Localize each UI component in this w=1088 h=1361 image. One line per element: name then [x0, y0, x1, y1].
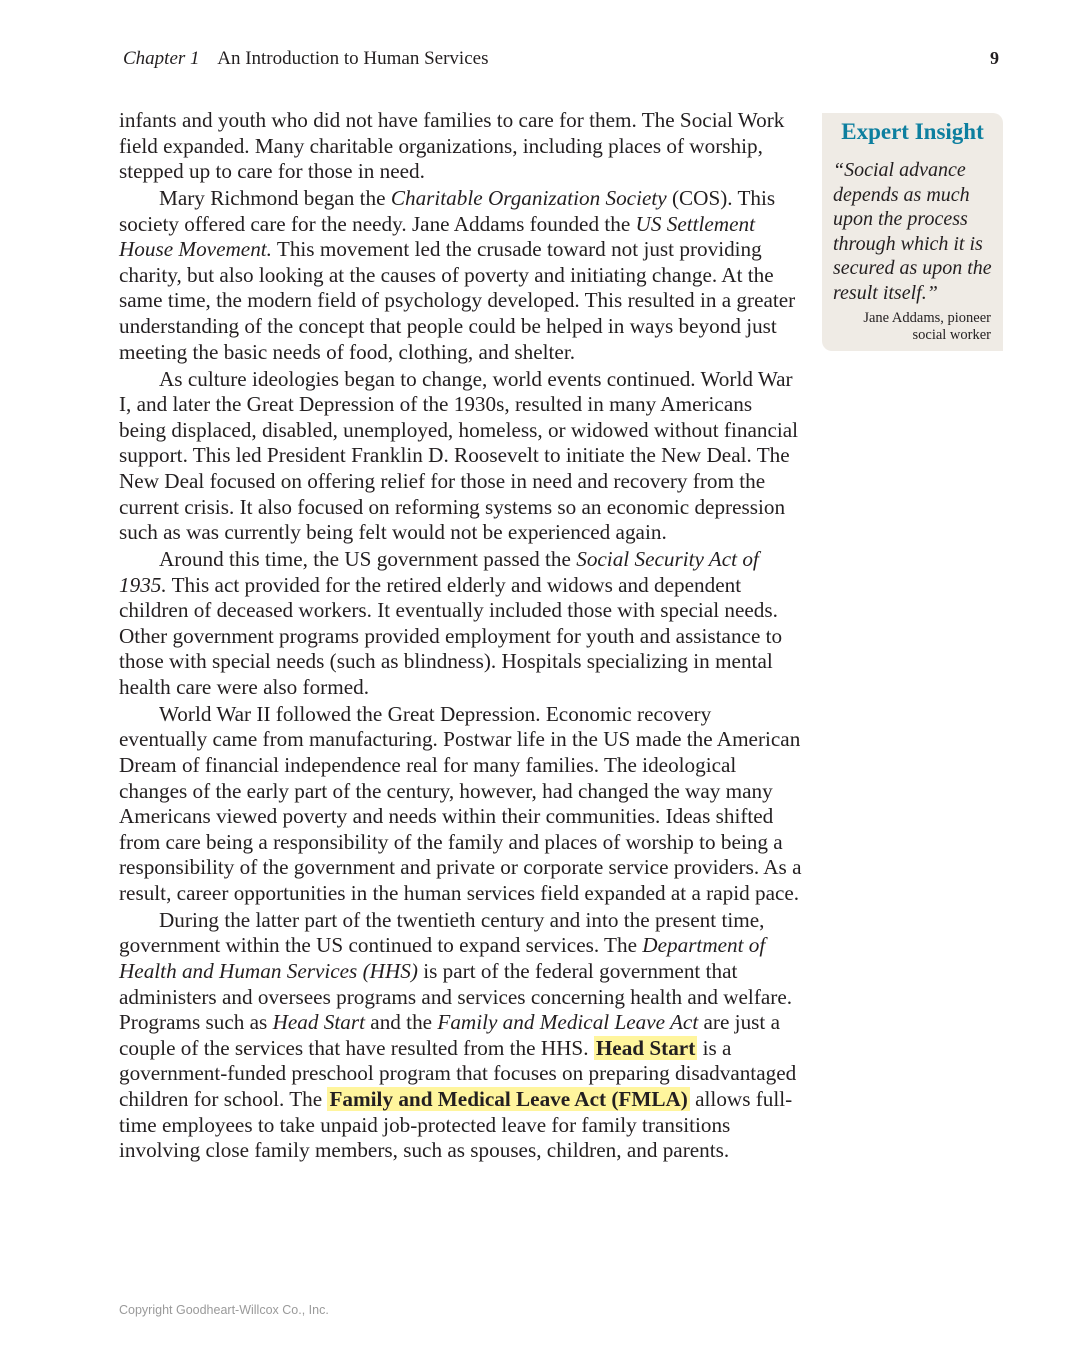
text-run: This act provided for the retired elderl…: [119, 573, 782, 699]
chapter-title: An Introduction to Human Services: [217, 48, 488, 69]
attribution-name: Jane Addams, pioneer: [831, 310, 991, 327]
paragraph-6: During the latter part of the twentieth …: [119, 908, 803, 1164]
text-run: and the: [365, 1010, 437, 1034]
italic-term-fmla: Family and Medical Leave Act: [437, 1010, 698, 1034]
italic-term-cos: Charitable Organization Society: [391, 186, 667, 210]
text-run: Mary Richmond began the: [159, 186, 391, 210]
key-term-head-start[interactable]: Head Start: [594, 1036, 697, 1060]
running-head: Chapter 1 An Introduction to Human Servi…: [123, 48, 488, 70]
text-run: Around this time, the US government pass…: [159, 547, 576, 571]
paragraph-5: World War II followed the Great Depressi…: [119, 702, 803, 907]
paragraph-2: Mary Richmond began the Charitable Organ…: [119, 186, 803, 365]
sidebar-attribution: Jane Addams, pioneer social worker: [831, 310, 991, 344]
paragraph-4: Around this time, the US government pass…: [119, 547, 803, 701]
paragraph-3: As culture ideologies began to change, w…: [119, 367, 803, 546]
italic-term-head-start: Head Start: [273, 1010, 365, 1034]
copyright-footer: Copyright Goodheart-Willcox Co., Inc.: [119, 1303, 329, 1317]
sidebar-title: Expert Insight: [822, 119, 1003, 145]
sidebar-quote: “Social advance depends as much upon the…: [833, 158, 1001, 305]
attribution-role: social worker: [831, 327, 991, 344]
main-text-column: infants and youth who did not have famil…: [119, 108, 803, 1165]
chapter-label: Chapter 1: [123, 48, 200, 69]
expert-insight-sidebar: Expert Insight “Social advance depends a…: [822, 113, 1003, 351]
page-number: 9: [990, 48, 999, 69]
key-term-fmla[interactable]: Family and Medical Leave Act (FMLA): [327, 1087, 689, 1111]
paragraph-1: infants and youth who did not have famil…: [119, 108, 803, 185]
